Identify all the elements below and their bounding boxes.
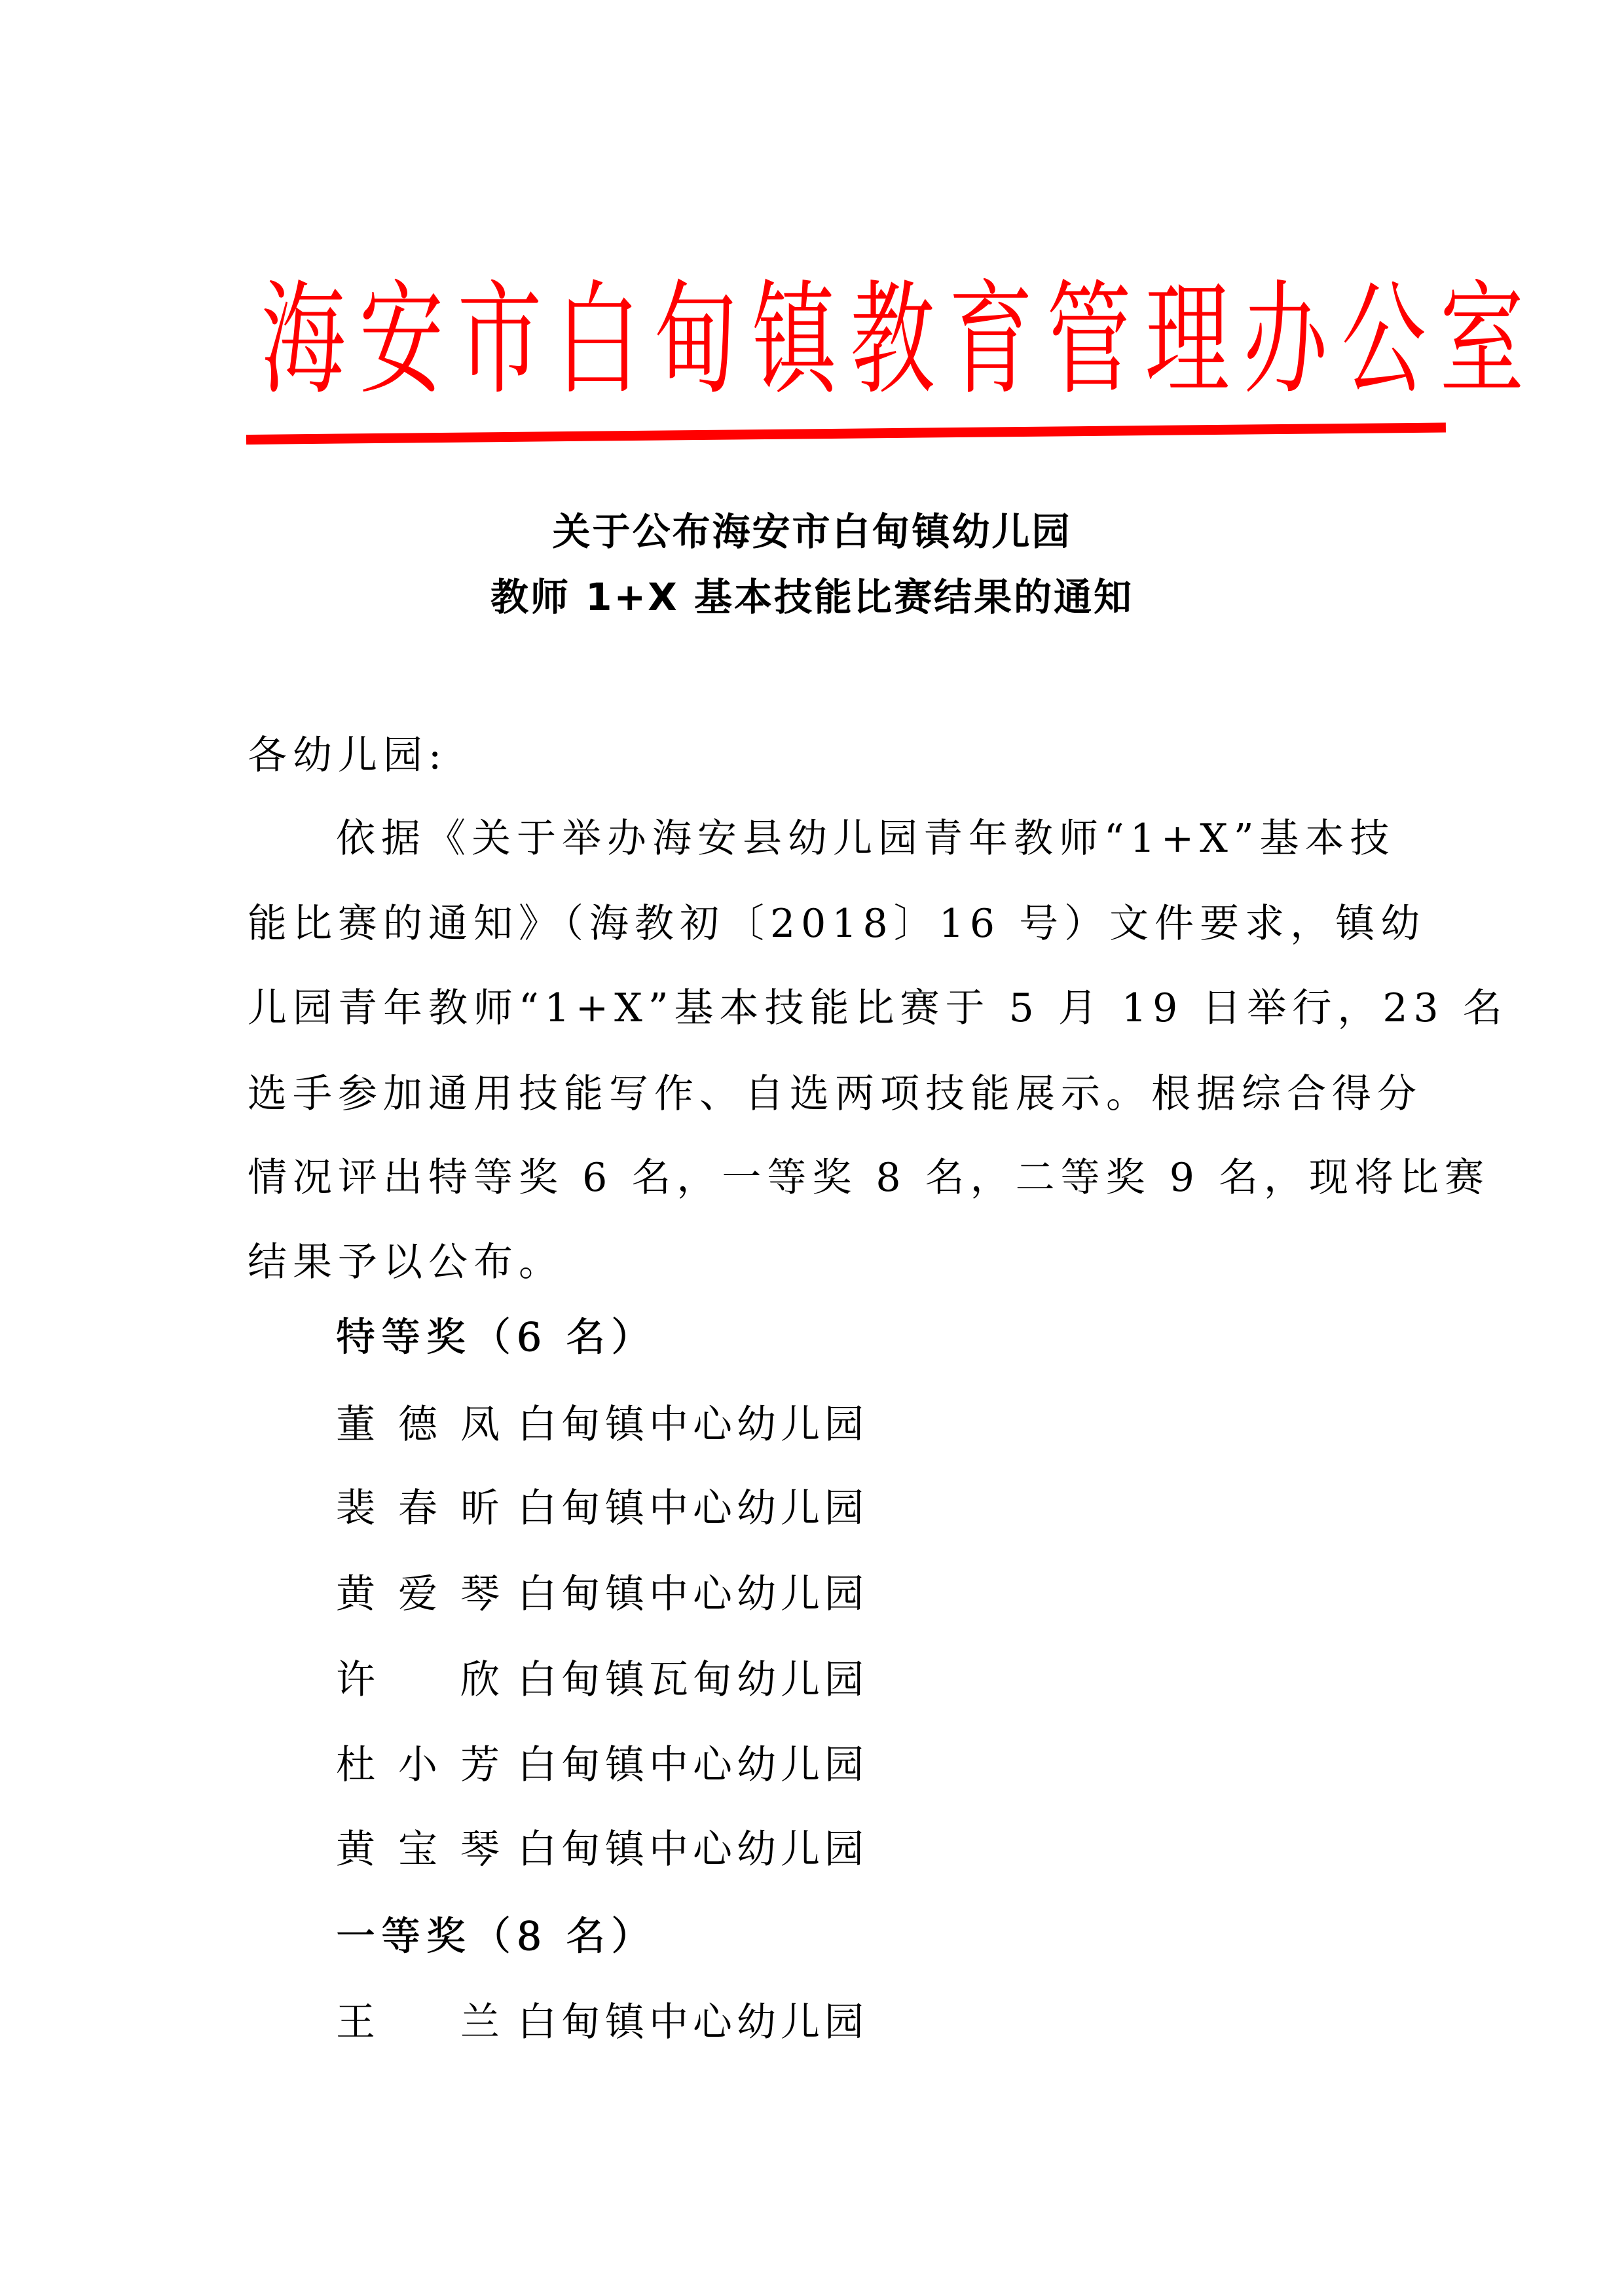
award-heading-first: 一等奖（8 名） [336,1910,656,1963]
salutation: 各幼儿园: [248,729,447,782]
body-paragraph-line: 能比赛的通知》（海教初〔2018〕16 号）文件要求，镇幼 [248,898,1426,950]
winner-institution: 白甸镇中心幼儿园 [517,1739,868,1791]
body-paragraph-line: 儿园青年教师“1+X”基本技能比赛于 5 月 19 日举行，23 名 [248,982,1508,1034]
winner-name: 黄爱琴 [336,1568,500,1620]
winner-name: 王兰 [336,1996,500,2049]
body-paragraph-line: 选手参加通用技能写作、自选两项技能展示。根据综合得分 [248,1068,1422,1120]
winner-institution: 白甸镇中心幼儿园 [517,1996,868,2049]
winner-institution: 白甸镇瓦甸幼儿园 [517,1654,868,1706]
winner-institution: 白甸镇中心幼儿园 [517,1398,868,1451]
document-title-line-1: 关于公布海安市白甸镇幼儿园 [0,509,1624,555]
body-paragraph-line: 情况评出特等奖 6 名，一等奖 8 名，二等奖 9 名，现将比赛 [248,1152,1490,1204]
winner-institution: 白甸镇中心幼儿园 [517,1482,868,1535]
winner-name: 黄宝琴 [336,1823,500,1876]
winner-name: 杜小芳 [336,1739,500,1791]
document-page: 海安市白甸镇教育管理办公室 关于公布海安市白甸镇幼儿园 教师 1+X 基本技能比… [0,0,1624,2296]
body-paragraph-line: 结果予以公布。 [248,1236,564,1288]
document-title-line-2: 教师 1+X 基本技能比赛结果的通知 [0,574,1624,620]
winner-institution: 白甸镇中心幼儿园 [517,1568,868,1620]
body-paragraph-line: 依据《关于举办海安县幼儿园青年教师“1+X”基本技 [336,812,1395,865]
winner-name: 许欣 [336,1654,500,1706]
org-letterhead: 海安市白甸镇教育管理办公室 [254,268,1426,412]
winner-name: 董德凤 [336,1398,500,1451]
award-heading-special: 特等奖（6 名） [336,1311,656,1364]
winner-institution: 白甸镇中心幼儿园 [517,1823,868,1876]
winner-name: 裴春昕 [336,1482,500,1535]
